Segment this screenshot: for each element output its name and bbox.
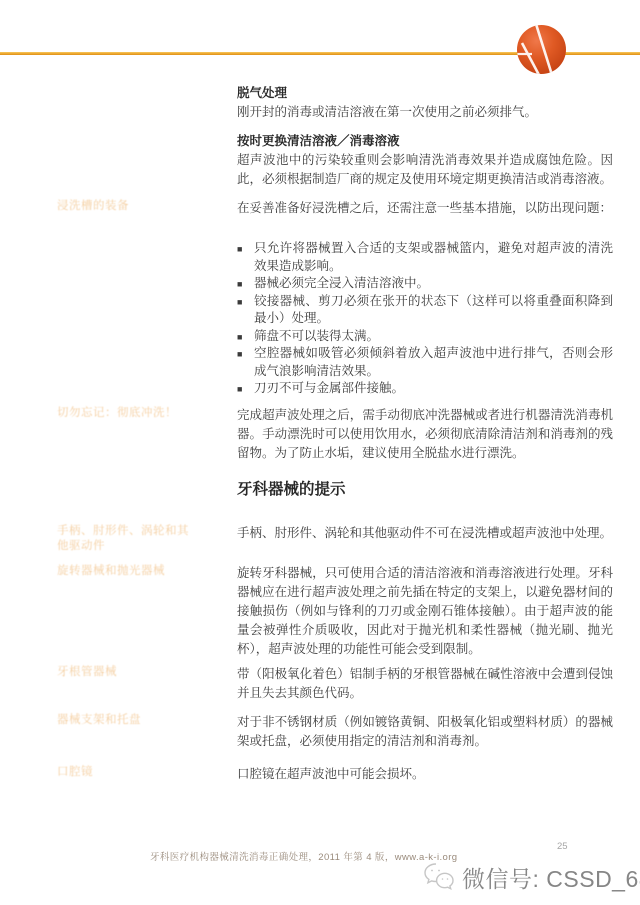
dental-tips-heading: 牙科器械的提示 [237, 479, 613, 500]
document-body: 脱气处理 刚开封的消毒或清洁溶液在第一次使用之前必须排气。 按时更换清洁溶液／消… [0, 84, 640, 784]
sidebar-label-rinse-reminder: 切勿忘记：彻底冲洗！ [57, 406, 199, 421]
precaution-list: ■只允许将器械置入合适的支架或器械篮内，避免对超声波的清洗效果造成影响。 ■器械… [237, 240, 613, 398]
square-bullet-icon: ■ [237, 294, 242, 312]
rinsing-paragraph: 完成超声波处理之后，需手动彻底冲洗器械或者进行机器清洗消毒机器。手动漂洗时可以使… [237, 406, 613, 463]
list-item: ■只允许将器械置入合适的支架或器械篮内，避免对超声波的清洗效果造成影响。 [237, 240, 613, 275]
section-rotating-instruments: 旋转器械和抛光器械 旋转牙科器械，只可使用合适的清洁溶液和消毒溶液进行处理。牙科… [0, 564, 640, 659]
wechat-watermark: 微信号: CSSD_68 [420, 858, 640, 896]
document-page: 脱气处理 刚开封的消毒或清洁溶液在第一次使用之前必须排气。 按时更换清洁溶液／消… [0, 0, 640, 905]
section-handpieces: 手柄、肘形件、涡轮和其他驱动件 手柄、肘形件、涡轮和其他驱动件不可在浸洗槽或超声… [0, 524, 640, 554]
aki-logo-icon [516, 24, 567, 75]
degassing-heading: 脱气处理 [237, 84, 613, 103]
section-mouth-mirror: 口腔镜 口腔镜在超声波池中可能会损坏。 [0, 765, 640, 784]
footer-source-line: 牙科医疗机构器械清洗消毒正确处理，2011 年第 4 版，www.a-k-i.o… [150, 849, 457, 863]
list-item: ■器械必须完全浸入清洁溶液中。 [237, 275, 613, 293]
sidebar-label-handpieces: 手柄、肘形件、涡轮和其他驱动件 [57, 524, 199, 554]
stands-trays-paragraph: 对于非不锈钢材质（例如镀铬黄铜、阳极氧化铝或塑料材质）的器械架或托盘，必须使用指… [237, 713, 613, 751]
section-bath-preparation: 浸洗槽的装备 在妥善准备好浸洗槽之后，还需注意一些基本措施，以防出现问题： [0, 199, 640, 218]
sidebar-label-stands-trays: 器械支架和托盘 [57, 713, 199, 728]
wechat-icon [420, 858, 458, 896]
rotating-instruments-paragraph: 旋转牙科器械，只可使用合适的清洁溶液和消毒溶液进行处理。牙科器械应在进行超声波处… [237, 564, 613, 659]
section-stands-trays: 器械支架和托盘 对于非不锈钢材质（例如镀铬黄铜、阳极氧化铝或塑料材质）的器械架或… [0, 713, 640, 751]
square-bullet-icon: ■ [237, 329, 242, 347]
list-item: ■铰接器械、剪刀必须在张开的状态下（这样可以将重叠面积降到最小）处理。 [237, 293, 613, 328]
handpieces-paragraph: 手柄、肘形件、涡轮和其他驱动件不可在浸洗槽或超声波池中处理。 [237, 524, 613, 543]
solution-change-paragraph: 超声波池中的污染较重则会影响清洗消毒效果并造成腐蚀危险。因此，必须根据制造厂商的… [237, 151, 613, 189]
square-bullet-icon: ■ [237, 276, 242, 294]
sidebar-label-root-canal: 牙根管器械 [57, 665, 199, 680]
root-canal-paragraph: 带（阳极氧化着色）铝制手柄的牙根管器械在碱性溶液中会遭到侵蚀并且失去其颜色代码。 [237, 665, 613, 703]
sidebar-label-rotating-instruments: 旋转器械和抛光器械 [57, 564, 199, 579]
list-item: ■刀刃不可与金属部件接触。 [237, 380, 613, 398]
solution-change-heading: 按时更换清洁溶液／消毒溶液 [237, 132, 613, 151]
wechat-id-text: 微信号: CSSD_68 [462, 861, 640, 894]
section-degassing: 脱气处理 刚开封的消毒或清洁溶液在第一次使用之前必须排气。 按时更换清洁溶液／消… [0, 84, 640, 189]
sidebar-label-bath-equipment: 浸洗槽的装备 [57, 199, 199, 214]
list-item: ■筛盘不可以装得太满。 [237, 328, 613, 346]
section-rinsing: 切勿忘记：彻底冲洗！ 完成超声波处理之后，需手动彻底冲洗器械或者进行机器清洗消毒… [0, 406, 640, 463]
page-number: 25 [557, 841, 568, 852]
square-bullet-icon: ■ [237, 241, 242, 259]
list-item: ■空腔器械如吸管必须倾斜着放入超声波池中进行排气，否则会形成气浪影响清洁效果。 [237, 345, 613, 380]
bath-preparation-paragraph: 在妥善准备好浸洗槽之后，还需注意一些基本措施，以防出现问题： [237, 199, 613, 218]
degassing-paragraph: 刚开封的消毒或清洁溶液在第一次使用之前必须排气。 [237, 103, 613, 122]
sidebar-label-mouth-mirror: 口腔镜 [57, 765, 199, 780]
square-bullet-icon: ■ [237, 346, 242, 364]
section-precautions: ■只允许将器械置入合适的支架或器械篮内，避免对超声波的清洗效果造成影响。 ■器械… [0, 240, 640, 398]
square-bullet-icon: ■ [237, 381, 242, 399]
section-dental-heading: 牙科器械的提示 [0, 479, 640, 500]
section-root-canal: 牙根管器械 带（阳极氧化着色）铝制手柄的牙根管器械在碱性溶液中会遭到侵蚀并且失去… [0, 665, 640, 703]
mouth-mirror-paragraph: 口腔镜在超声波池中可能会损坏。 [237, 765, 613, 784]
